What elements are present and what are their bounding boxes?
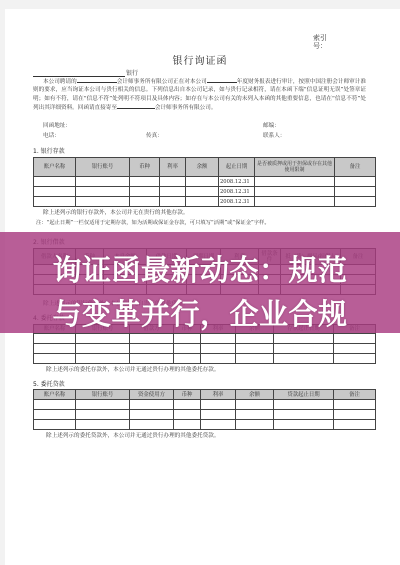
cell (255, 177, 335, 187)
reply-address-label: 回函地址： (43, 121, 71, 129)
date-cell: 2008.12.31 (219, 197, 255, 207)
table-row: 2008.12.31 (34, 197, 376, 207)
date-cell: 2008.12.31 (219, 187, 255, 197)
col-header: 银行账号 (76, 390, 130, 400)
reference-number-label: 索引号： (313, 34, 327, 50)
phone-label: 电话： (43, 131, 60, 139)
cell (130, 177, 160, 187)
col-header: 是否被质押或用于担保或存在其他使用限制 (255, 158, 335, 177)
cell (34, 187, 76, 197)
bank-name-blank (33, 70, 125, 77)
table-row: 2008.12.31 (34, 177, 376, 187)
date-cell: 2008.12.31 (219, 177, 255, 187)
col-header: 贷款起止日期 (274, 390, 334, 400)
addressee-line: 银行 (33, 68, 138, 77)
table-row: 2008.12.31 (34, 187, 376, 197)
col-header: 备注 (334, 390, 376, 400)
cell (130, 187, 160, 197)
year-blank (207, 77, 237, 83)
cell (255, 197, 335, 207)
table-row (34, 344, 376, 354)
entrusted-loans-note: 除上述列示的委托贷款外，本公司并无通过贵行办理的其他委托贷款。 (46, 431, 219, 439)
cell (335, 197, 376, 207)
headline-line-1: 询证函最新动态：规范 (0, 248, 400, 292)
cell (186, 197, 219, 207)
addressee-suffix: 银行 (126, 68, 138, 77)
headline-line-2: 与变革并行，企业合规 (0, 292, 400, 336)
deposits-note: 除上述列示的银行存款外，本公司并无在贵行的其他存款。 (43, 208, 188, 216)
cell (335, 177, 376, 187)
col-header: 账户名称 (34, 390, 76, 400)
deposits-table: 账户名称 银行账号 币种 利率 余额 起止日期 是否被质押或用于担保或存在其他使… (33, 157, 376, 207)
fax-label: 传真： (146, 131, 163, 139)
document-title: 银行询证函 (0, 52, 400, 67)
headline-text: 询证函最新动态：规范 与变革并行，企业合规 (0, 248, 400, 336)
entrusted-loans-table: 账户名称 银行账号 资金使用方 币种 利率 余额 贷款起止日期 备注 (33, 389, 376, 430)
col-header: 起止日期 (219, 158, 255, 177)
body-part-a: 本公司聘请的 (43, 79, 77, 85)
table-row (34, 354, 376, 364)
entrusted-deposits-note: 除上述列示的委托存款外，本公司并无通过贵行办理的其他委托存款。 (46, 365, 219, 373)
letter-body: 本公司聘请的会计师事务所有限公司正在对本公司年度财务报表进行审计，按照中国注册会… (33, 77, 366, 112)
body-part-d: 会计师事务所有限公司。 (155, 105, 217, 111)
col-header: 资金使用方 (130, 390, 174, 400)
section-title-deposits: 1. 银行存款 (33, 146, 65, 155)
cell (76, 197, 130, 207)
cell (186, 187, 219, 197)
table-row (34, 420, 376, 430)
cell (76, 187, 130, 197)
cell (255, 187, 335, 197)
col-header: 余额 (186, 158, 219, 177)
reply-firm-blank (117, 103, 155, 109)
cell (34, 177, 76, 187)
col-header: 币种 (174, 390, 201, 400)
cell (160, 177, 186, 187)
col-header: 利率 (201, 390, 236, 400)
cell (130, 197, 160, 207)
postcode-label: 邮编： (263, 121, 280, 129)
cell (335, 187, 376, 197)
deposits-footnote: 注：“起止日期”一栏仅适用于定期存款，如为活期或保证金存款，可只填写“活期”或“… (36, 218, 270, 226)
table-row (34, 400, 376, 410)
body-part-b: 会计师事务所有限公司正在对本公司 (117, 79, 207, 85)
cell (160, 197, 186, 207)
col-header: 利率 (160, 158, 186, 177)
firm-name-blank (77, 77, 117, 83)
col-header: 银行账号 (76, 158, 130, 177)
cell (160, 187, 186, 197)
cell (76, 177, 130, 187)
section-title-entrusted-loans: 5. 委托贷款 (33, 379, 65, 388)
contact-person-label: 联系人： (263, 131, 285, 139)
col-header: 备注 (335, 158, 376, 177)
col-header: 币种 (130, 158, 160, 177)
cell (186, 177, 219, 187)
table-row (34, 410, 376, 420)
col-header: 余额 (236, 390, 274, 400)
col-header: 账户名称 (34, 158, 76, 177)
cell (34, 197, 76, 207)
